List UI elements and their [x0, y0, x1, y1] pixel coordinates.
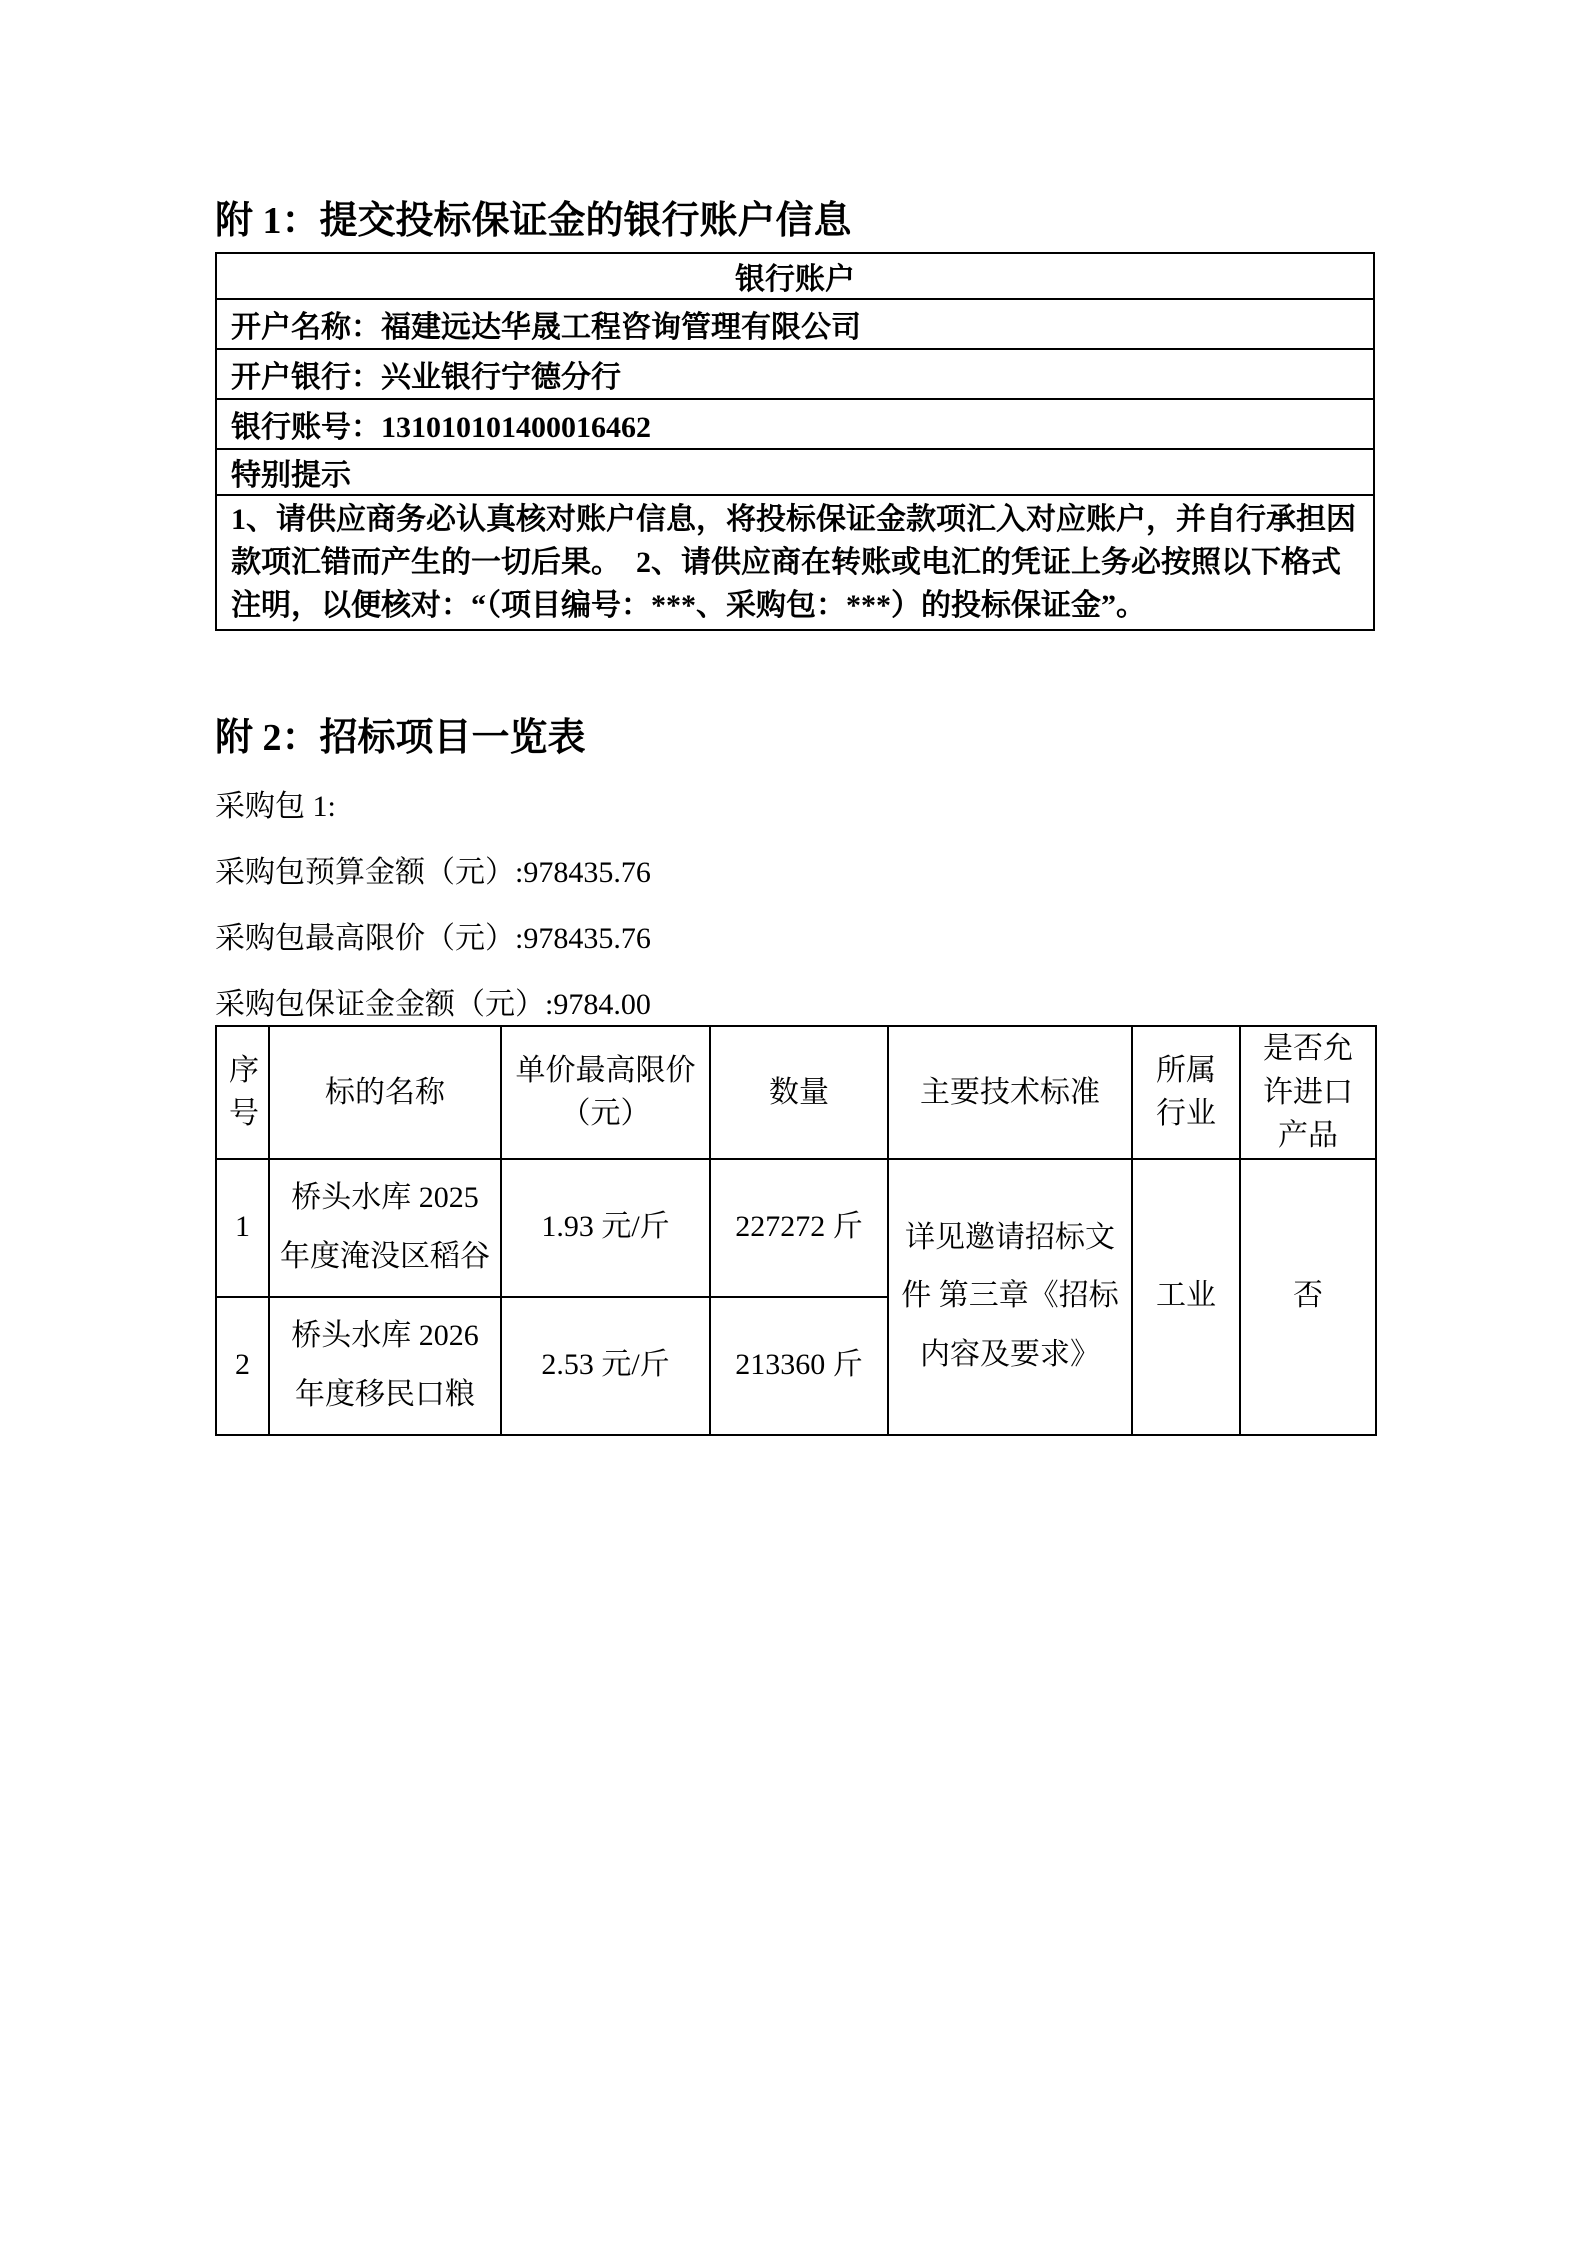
- note-row: 1、请供应商务必认真核对账户信息，将投标保证金款项汇入对应账户，并自行承担因款项…: [216, 495, 1374, 630]
- account-name-cell: 开户名称：福建远达华晟工程咨询管理有限公司: [216, 299, 1374, 349]
- import-allowed-cell: 否: [1240, 1159, 1376, 1435]
- header-seq-no: 序号: [216, 1026, 269, 1159]
- account-name-value: 福建远达华晟工程咨询管理有限公司: [381, 311, 861, 344]
- header-quantity: 数量: [710, 1026, 888, 1159]
- header-industry: 所属行业: [1132, 1026, 1240, 1159]
- bank-account-table: 银行账户 开户名称：福建远达华晟工程咨询管理有限公司 开户银行：兴业银行宁德分行…: [215, 252, 1375, 631]
- tech-standard-cell: 详见邀请招标文件 第三章《招标内容及要求》: [888, 1159, 1132, 1435]
- account-name-label: 开户名称：: [231, 311, 381, 344]
- header-item-name: 标的名称: [269, 1026, 501, 1159]
- row1-seq-no: 1: [216, 1159, 269, 1297]
- bank-account-number-label: 银行账号：: [231, 411, 381, 444]
- bank-name-row: 开户银行：兴业银行宁德分行: [216, 349, 1374, 399]
- bank-account-number-row: 银行账号：131010101400016462: [216, 399, 1374, 449]
- row1-quantity: 227272 斤: [710, 1159, 888, 1297]
- note-text: 1、请供应商务必认真核对账户信息，将投标保证金款项汇入对应账户，并自行承担因款项…: [216, 495, 1374, 630]
- bank-name-cell: 开户银行：兴业银行宁德分行: [216, 349, 1374, 399]
- bank-account-number-cell: 银行账号：131010101400016462: [216, 399, 1374, 449]
- bank-table-header-row: 银行账户: [216, 253, 1374, 299]
- special-hint-cell: 特别提示: [216, 449, 1374, 495]
- header-tech-standard: 主要技术标准: [888, 1026, 1132, 1159]
- bank-account-number-value: 131010101400016462: [381, 411, 651, 444]
- bid-table-header-row: 序号 标的名称 单价最高限价（元） 数量 主要技术标准 所属行业 是否允许进口产…: [216, 1026, 1376, 1159]
- table-row: 1 桥头水库 2025 年度淹没区稻谷 1.93 元/斤 227272 斤 详见…: [216, 1159, 1376, 1297]
- bank-table-header-cell: 银行账户: [216, 253, 1374, 299]
- package-max-price-line: 采购包最高限价（元）:978435.76: [215, 923, 1375, 955]
- package-deposit-line: 采购包保证金金额（元）:9784.00: [215, 989, 1375, 1021]
- row2-item-name: 桥头水库 2026 年度移民口粮: [269, 1297, 501, 1435]
- package-budget-line: 采购包预算金额（元）:978435.76: [215, 857, 1375, 889]
- header-unit-max-price: 单价最高限价（元）: [501, 1026, 710, 1159]
- bid-items-table: 序号 标的名称 单价最高限价（元） 数量 主要技术标准 所属行业 是否允许进口产…: [215, 1025, 1377, 1436]
- row2-unit-price: 2.53 元/斤: [501, 1297, 710, 1435]
- bank-name-value: 兴业银行宁德分行: [381, 361, 621, 394]
- document-page: 附 1：提交投标保证金的银行账户信息 银行账户 开户名称：福建远达华晟工程咨询管…: [0, 0, 1587, 2245]
- row1-item-name: 桥头水库 2025 年度淹没区稻谷: [269, 1159, 501, 1297]
- header-import-allowed: 是否允许进口产品: [1240, 1026, 1376, 1159]
- account-name-row: 开户名称：福建远达华晟工程咨询管理有限公司: [216, 299, 1374, 349]
- attachment2-title: 附 2：招标项目一览表: [215, 715, 1375, 761]
- row2-seq-no: 2: [216, 1297, 269, 1435]
- row1-unit-price: 1.93 元/斤: [501, 1159, 710, 1297]
- row2-quantity: 213360 斤: [710, 1297, 888, 1435]
- special-hint-row: 特别提示: [216, 449, 1374, 495]
- package-number-line: 采购包 1:: [215, 791, 1375, 823]
- attachment1-title: 附 1：提交投标保证金的银行账户信息: [215, 198, 1375, 244]
- industry-cell: 工业: [1132, 1159, 1240, 1435]
- bank-name-label: 开户银行：: [231, 361, 381, 394]
